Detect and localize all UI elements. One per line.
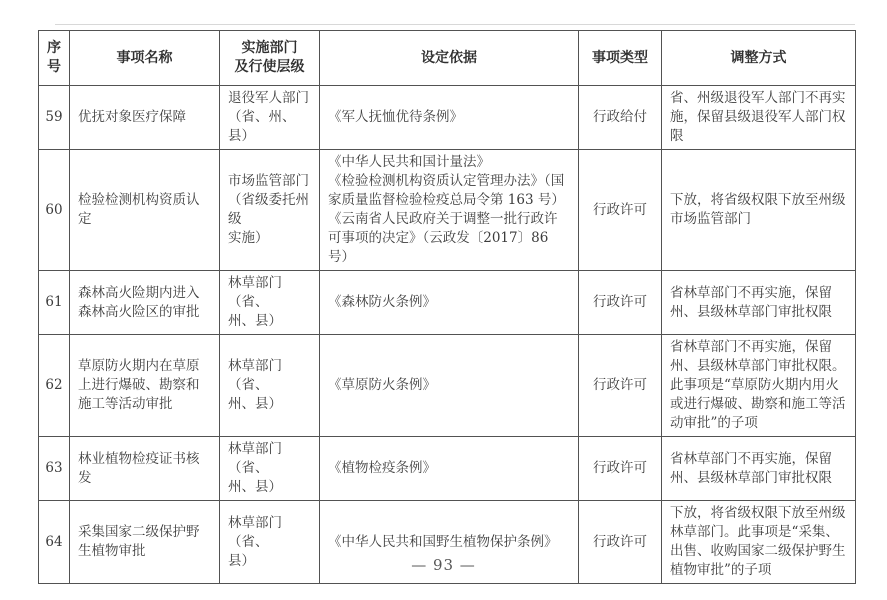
cell-item-name: 森林高火险期内进入森林高火险区的审批: [70, 271, 220, 335]
table-row: 59 优抚对象医疗保障 退役军人部门 （省、州、县） 《军人抚恤优待条例》 行政…: [39, 86, 856, 150]
cell-setting-basis: 《草原防火条例》: [320, 335, 579, 437]
cell-serial-number: 62: [39, 335, 70, 437]
scan-artifact-line: [55, 24, 855, 25]
cell-item-name: 草原防火期内在草原上进行爆破、勘察和施工等活动审批: [70, 335, 220, 437]
header-serial-number: 序 号: [39, 31, 70, 86]
cell-adjustment-method: 省林草部门不再实施，保留州、县级林草部门审批权限: [662, 271, 856, 335]
cell-item-type: 行政许可: [579, 150, 662, 271]
cell-adjustment-method: 省、州级退役军人部门不再实施，保留县级退役军人部门权限: [662, 86, 856, 150]
header-item-name: 事项名称: [70, 31, 220, 86]
cell-adjustment-method: 省林草部门不再实施，保留州、县级林草部门审批权限。此事项是“草原防火期内用火或进…: [662, 335, 856, 437]
adjustment-items-table: 序 号 事项名称 实施部门 及行使层级 设定依据 事项类型 调整方式 59 优抚…: [38, 30, 856, 584]
cell-implementing-dept: 林草部门（省、 州、县）: [220, 271, 320, 335]
cell-implementing-dept: 市场监管部门 （省级委托州级 实施）: [220, 150, 320, 271]
header-item-type: 事项类型: [579, 31, 662, 86]
page-number: — 93 —: [0, 556, 887, 574]
cell-setting-basis: 《军人抚恤优待条例》: [320, 86, 579, 150]
table-row: 63 林业植物检疫证书核发 林草部门（省、 州、县） 《植物检疫条例》 行政许可…: [39, 437, 856, 501]
cell-serial-number: 59: [39, 86, 70, 150]
cell-serial-number: 61: [39, 271, 70, 335]
cell-item-type: 行政许可: [579, 271, 662, 335]
cell-implementing-dept: 林草部门（省、 州、县）: [220, 335, 320, 437]
cell-item-name: 优抚对象医疗保障: [70, 86, 220, 150]
table-row: 60 检验检测机构资质认定 市场监管部门 （省级委托州级 实施） 《中华人民共和…: [39, 150, 856, 271]
table-header-row: 序 号 事项名称 实施部门 及行使层级 设定依据 事项类型 调整方式: [39, 31, 856, 86]
cell-serial-number: 63: [39, 437, 70, 501]
cell-implementing-dept: 退役军人部门 （省、州、县）: [220, 86, 320, 150]
header-adjustment-method: 调整方式: [662, 31, 856, 86]
table-row: 61 森林高火险期内进入森林高火险区的审批 林草部门（省、 州、县） 《森林防火…: [39, 271, 856, 335]
table-row: 62 草原防火期内在草原上进行爆破、勘察和施工等活动审批 林草部门（省、 州、县…: [39, 335, 856, 437]
cell-adjustment-method: 下放，将省级权限下放至州级市场监管部门: [662, 150, 856, 271]
cell-item-type: 行政许可: [579, 335, 662, 437]
header-implementing-dept: 实施部门 及行使层级: [220, 31, 320, 86]
cell-adjustment-method: 省林草部门不再实施，保留州、县级林草部门审批权限: [662, 437, 856, 501]
cell-serial-number: 60: [39, 150, 70, 271]
cell-item-type: 行政给付: [579, 86, 662, 150]
cell-item-name: 林业植物检疫证书核发: [70, 437, 220, 501]
header-setting-basis: 设定依据: [320, 31, 579, 86]
cell-setting-basis: 《中华人民共和国计量法》 《检验检测机构资质认定管理办法》（国家质量监督检验检疫…: [320, 150, 579, 271]
cell-setting-basis: 《森林防火条例》: [320, 271, 579, 335]
cell-item-name: 检验检测机构资质认定: [70, 150, 220, 271]
cell-implementing-dept: 林草部门（省、 州、县）: [220, 437, 320, 501]
cell-setting-basis: 《植物检疫条例》: [320, 437, 579, 501]
cell-item-type: 行政许可: [579, 437, 662, 501]
